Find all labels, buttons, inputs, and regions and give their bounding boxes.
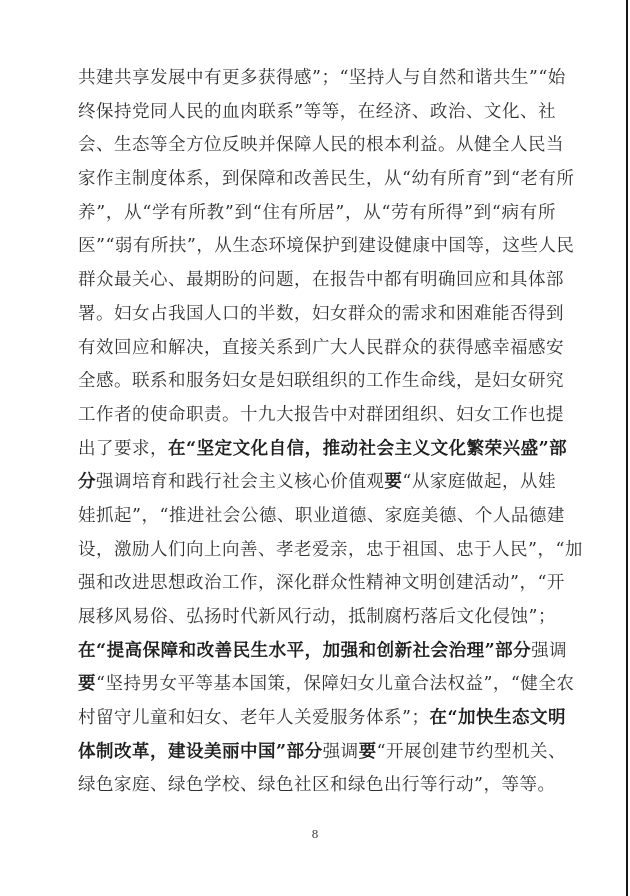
- text-segment: 村留守儿童和妇女、老年人关爱服务体系”；: [78, 708, 429, 728]
- text-segment: 共建共享发展中有更多获得感”；“坚持人与自然和谐共生”“始: [78, 68, 566, 88]
- bold-text-segment: 在“加快生态文明: [429, 708, 566, 728]
- page-number: 8: [0, 828, 630, 841]
- bold-text-segment: 要: [384, 472, 402, 492]
- text-line: 绿色家庭、绿色学校、绿色社区和绿色出行等行动”，等等。: [78, 769, 556, 803]
- text-segment: 家作主制度体系，到保障和改善民生，从“幼有所育”到“老有所: [78, 169, 574, 189]
- text-segment: 绿色家庭、绿色学校、绿色社区和绿色出行等行动”，等等。: [78, 775, 555, 795]
- text-line: 要“坚持男女平等基本国策，保障妇女儿童合法权益”，“健全农: [78, 668, 556, 702]
- text-line: 群众最关心、最期盼的问题，在报告中都有明确回应和具体部: [78, 264, 556, 298]
- text-segment: 强和改进思想政治工作，深化群众性精神文明创建活动”，“开: [78, 573, 565, 593]
- bold-text-segment: 分: [78, 472, 96, 492]
- text-segment: “坚持男女平等基本国策，保障妇女儿童合法权益”，“健全农: [96, 674, 574, 694]
- text-line: 共建共享发展中有更多获得感”；“坚持人与自然和谐共生”“始: [78, 62, 556, 96]
- text-segment: 群众最关心、最期盼的问题，在报告中都有明确回应和具体部: [78, 270, 564, 290]
- text-segment: 养”，从“学有所教”到“住有所居”，从“劳有所得”到“病有所: [78, 203, 556, 223]
- text-line: 出了要求，在“坚定文化自信，推动社会主义文化繁荣兴盛”部: [78, 433, 556, 467]
- text-line: 在“提高保障和改善民生水平，加强和创新社会治理”部分强调: [78, 635, 556, 669]
- text-segment: 设，激励人们向上向善、孝老爱亲，忠于祖国、忠于人民”，“加: [78, 540, 583, 560]
- text-segment: 终保持党同人民的血肉联系”等等，在经济、政治、文化、社: [78, 102, 556, 122]
- text-segment: 工作者的使命职责。十九大报告中对群团组织、妇女工作也提: [78, 405, 564, 425]
- text-line: 全感。联系和服务妇女是妇联组织的工作生命线，是妇女研究: [78, 365, 556, 399]
- text-line: 医”“弱有所扶”，从生态环境保护到建设健康中国等，这些人民: [78, 230, 556, 264]
- text-line: 有效回应和解决，直接关系到广大人民群众的获得感幸福感安: [78, 332, 556, 366]
- text-segment: 全感。联系和服务妇女是妇联组织的工作生命线，是妇女研究: [78, 371, 564, 391]
- bold-text-segment: 在“坚定文化自信，推动社会主义文化繁荣兴盛”部: [168, 439, 567, 459]
- text-segment: 有效回应和解决，直接关系到广大人民群众的获得感幸福感安: [78, 338, 564, 358]
- text-segment: 出了要求，: [78, 439, 168, 459]
- text-line: 强和改进思想政治工作，深化群众性精神文明创建活动”，“开: [78, 567, 556, 601]
- text-line: 工作者的使命职责。十九大报告中对群团组织、妇女工作也提: [78, 399, 556, 433]
- text-line: 展移风易俗、弘扬时代新风行动，抵制腐朽落后文化侵蚀”；: [78, 601, 556, 635]
- text-line: 村留守儿童和妇女、老年人关爱服务体系”；在“加快生态文明: [78, 702, 556, 736]
- text-segment: 强调: [531, 641, 567, 661]
- text-line: 设，激励人们向上向善、孝老爱亲，忠于祖国、忠于人民”，“加: [78, 534, 556, 568]
- text-segment: “开展创建节约型机关、: [377, 742, 566, 762]
- document-page: 共建共享发展中有更多获得感”；“坚持人与自然和谐共生”“始终保持党同人民的血肉联…: [0, 0, 630, 896]
- text-segment: 强调: [323, 742, 359, 762]
- text-line: 终保持党同人民的血肉联系”等等，在经济、政治、文化、社: [78, 96, 556, 130]
- text-segment: 医”“弱有所扶”，从生态环境保护到建设健康中国等，这些人民: [78, 236, 574, 256]
- bold-text-segment: 要: [78, 674, 96, 694]
- bold-text-segment: 要: [359, 742, 377, 762]
- text-segment: 娃抓起”，“推进社会公德、职业道德、家庭美德、个人品德建: [78, 506, 565, 526]
- text-line: 养”，从“学有所教”到“住有所居”，从“劳有所得”到“病有所: [78, 197, 556, 231]
- text-line: 署。妇女占我国人口的半数，妇女群众的需求和困难能否得到: [78, 298, 556, 332]
- text-line: 体制改革，建设美丽中国”部分强调要“开展创建节约型机关、: [78, 736, 556, 770]
- text-segment: “从家庭做起，从娃: [402, 472, 556, 492]
- text-segment: 展移风易俗、弘扬时代新风行动，抵制腐朽落后文化侵蚀”；: [78, 607, 556, 627]
- text-line: 会、生态等全方位反映并保障人民的根本利益。从健全人民当: [78, 129, 556, 163]
- text-segment: 会、生态等全方位反映并保障人民的根本利益。从健全人民当: [78, 135, 564, 155]
- text-line: 娃抓起”，“推进社会公德、职业道德、家庭美德、个人品德建: [78, 500, 556, 534]
- bold-text-segment: 在“提高保障和改善民生水平，加强和创新社会治理”部分: [78, 641, 531, 661]
- text-line: 分强调培育和践行社会主义核心价值观要“从家庭做起，从娃: [78, 466, 556, 500]
- bold-text-segment: 体制改革，建设美丽中国”部分: [78, 742, 323, 762]
- text-block: 共建共享发展中有更多获得感”；“坚持人与自然和谐共生”“始终保持党同人民的血肉联…: [78, 62, 556, 803]
- text-line: 家作主制度体系，到保障和改善民生，从“幼有所育”到“老有所: [78, 163, 556, 197]
- scan-edge-line: [626, 0, 628, 896]
- text-segment: 强调培育和践行社会主义核心价值观: [96, 472, 384, 492]
- text-segment: 署。妇女占我国人口的半数，妇女群众的需求和困难能否得到: [78, 304, 564, 324]
